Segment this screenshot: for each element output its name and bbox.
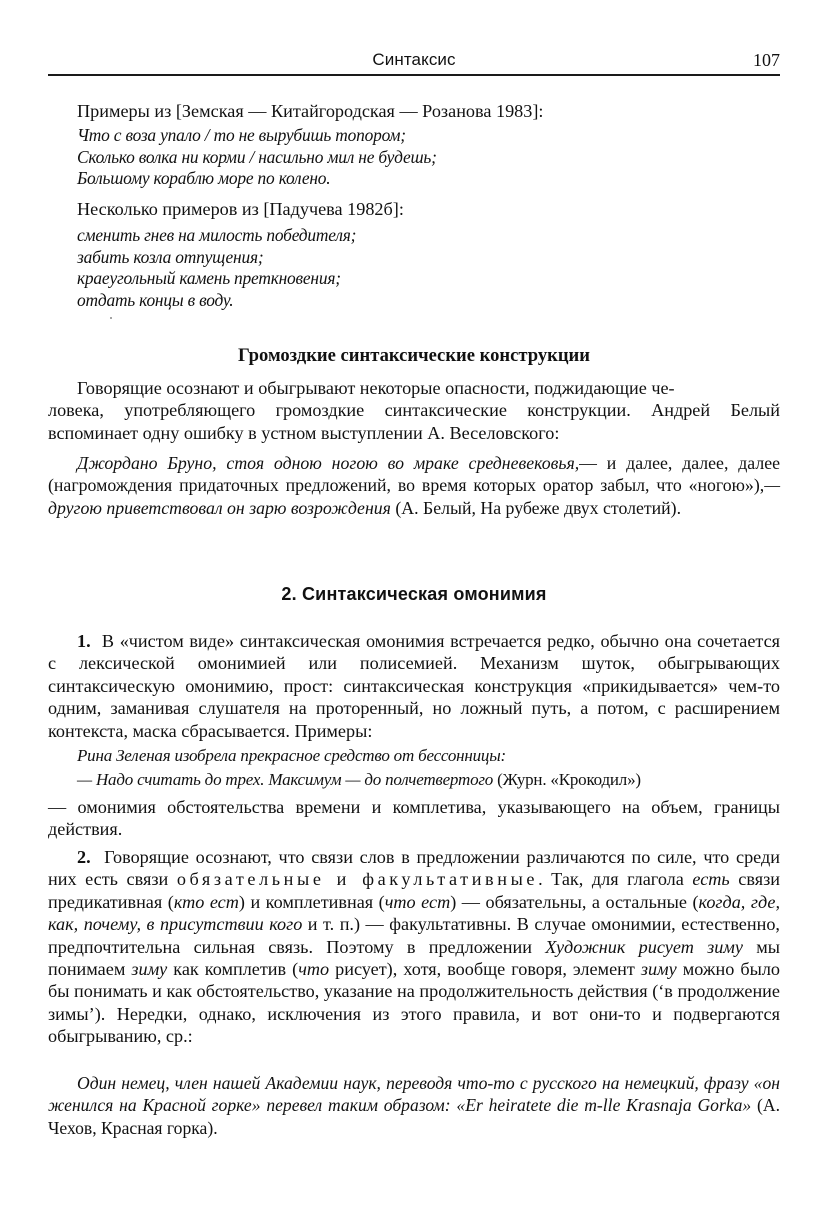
point-2-example: Один немец, член нашей Академии наук, пе… [48, 1072, 780, 1139]
quote-source: (А. Белый, На рубеже двух столетий). [391, 498, 681, 518]
quote-text: Джордано Бруно, стоя одною ногою во мрак… [48, 452, 780, 519]
point-1-comment: — омонимия обстоятельства времени и комп… [48, 796, 780, 841]
point-number: 1. [77, 631, 91, 651]
running-header: Синтаксис 107 [48, 50, 780, 76]
example-line: Рина Зеленая изобрела прекрасное средств… [77, 745, 780, 767]
paragraph-line: вспоминает одну ошибку в устном выступле… [48, 422, 780, 444]
examples-block-2: Несколько примеров из [Падучева 1982б]: … [77, 198, 780, 311]
example-line: отдать концы в воду. [77, 290, 780, 312]
point-1-example: Рина Зеленая изобрела прекрасное средств… [77, 745, 780, 790]
point-text: 2. Говорящие осознают, что связи слов в … [48, 846, 780, 1048]
running-title: Синтаксис [48, 50, 780, 70]
example-line: забить козла отпущения; [77, 247, 780, 269]
emphasis-spaced: факультативные [362, 869, 538, 889]
page-number: 107 [753, 50, 780, 71]
example-line: краеугольный камень преткновения; [77, 268, 780, 290]
example-line: сменить гнев на милость победителя; [77, 225, 780, 247]
quote-paragraph: Джордано Бруно, стоя одною ногою во мрак… [48, 452, 780, 519]
example-line: — Надо считать до трех. Максимум — до по… [77, 769, 780, 791]
paragraph-line: ловека, употребляющего громоздкие синтак… [48, 399, 780, 421]
example-source: (Журн. «Крокодил») [493, 770, 641, 789]
example-line: Сколько волка ни корми / насильно мил не… [77, 147, 780, 169]
example-text: Один немец, член нашей Академии наук, пе… [48, 1072, 780, 1139]
point-1-paragraph: 1. В «чистом виде» синтаксическая омоним… [48, 630, 780, 742]
example-italic: Один немец, член нашей Академии наук, пе… [48, 1073, 780, 1115]
subsection-heading: Громоздкие синтаксические конструкции [48, 345, 780, 367]
paragraph-line: Говорящие осознают и обыгрывают некоторы… [48, 377, 780, 399]
point-2-paragraph: 2. Говорящие осознают, что связи слов в … [48, 846, 780, 1048]
comment-text: — омонимия обстоятельства времени и комп… [48, 796, 780, 841]
scan-speck [110, 317, 112, 319]
emphasis-spaced: обязательные [177, 869, 325, 889]
quote-italic: Джордано Бруно, стоя одною ногою во мрак… [77, 453, 579, 473]
example-line: Большому кораблю море по колено. [77, 168, 780, 190]
example-line: Что с воза упало / то не вырубишь топоро… [77, 125, 780, 147]
point-text: 1. В «чистом виде» синтаксическая омоним… [48, 630, 780, 742]
examples-block-1: Примеры из [Земская — Китайгородская — Р… [77, 100, 780, 190]
point-number: 2. [77, 847, 91, 867]
subsection-paragraph: Говорящие осознают и обыгрывают некоторы… [48, 377, 780, 444]
section-heading: 2. Синтаксическая омонимия [48, 584, 780, 605]
examples-lead: Примеры из [Земская — Китайгородская — Р… [77, 100, 780, 122]
examples-lead: Несколько примеров из [Падучева 1982б]: [77, 198, 780, 220]
